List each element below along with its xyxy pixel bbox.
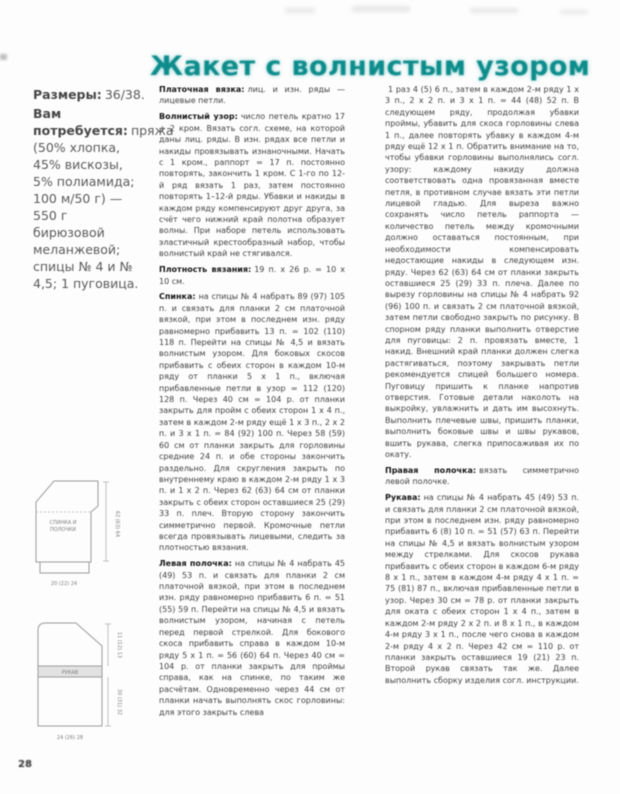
paragraph-lead: Плотность вязания: — [159, 265, 251, 274]
sidebar-paragraph: Вам потребуется:пряжа (50% хлопка, 45% в… — [33, 105, 139, 292]
paragraph-text: пряжа (50% хлопка, 45% вискозы, 5% полиа… — [33, 123, 174, 291]
paragraph-lead: Платочная вязка: — [159, 85, 245, 94]
paragraph-lead: Размеры: — [33, 87, 102, 102]
paragraph-lead: Правая полочка: — [385, 466, 476, 475]
paragraph-text: на спицы № 4 набрать 45 (49) 53 п. и свя… — [385, 493, 579, 685]
instruction-paragraph: Правая полочка:вязать симметрично левой … — [385, 465, 579, 488]
schematic-part-label: СПИНКА И — [49, 520, 76, 526]
instruction-paragraph: Левая полочка:на спицы № 4 набрать 45 (4… — [159, 558, 345, 718]
paragraph-text: на спицы № 4 набрать 89 (97) 105 п. и св… — [159, 292, 345, 552]
instructions-column-middle: Платочная вязка:лиц. и изн. ряды — лицев… — [159, 84, 345, 722]
schematic-body-drawing: СПИНКА И ПОЛОЧКИ 20 (22) 24 62 (63) 64 — [20, 472, 142, 592]
page-title: Жакет с волнистым узором — [150, 51, 586, 83]
paragraph-lead: Волнистый узор: — [159, 112, 238, 121]
schematic-cap-height-label: 11 (12) 13 — [116, 632, 122, 658]
schematic-length-label: 30 (31) 32 — [116, 689, 122, 715]
sidebar-paragraph: Размеры:36/38. — [33, 86, 139, 103]
instruction-paragraph: Рукава:на спицы № 4 набрать 45 (49) 53 п… — [385, 492, 579, 686]
scan-artifact — [470, 8, 518, 13]
schematic-part-label: ПОЛОЧКИ — [50, 527, 76, 533]
paragraph-text: число петель кратно 17 + 2 кром. Вязать … — [159, 112, 345, 258]
paragraph-lead: Рукава: — [385, 493, 421, 502]
scan-artifact — [285, 8, 315, 13]
schematic-part-label: РУКАВ — [62, 670, 79, 676]
schematic-body-piece: СПИНКА И ПОЛОЧКИ 20 (22) 24 62 (63) 64 — [20, 472, 142, 596]
magazine-page: Жакет с волнистым узором Размеры:36/38. … — [0, 0, 620, 794]
schematic-sleeve-drawing: РУКАВ 11 (12) 13 30 (31) 32 24 (26) 28 — [20, 614, 142, 748]
instruction-paragraph: Волнистый узор:число петель кратно 17 + … — [159, 111, 345, 259]
materials-sidebar: Размеры:36/38. Вам потребуется:пряжа (50… — [33, 86, 139, 294]
instruction-paragraph: Спинка:на спицы № 4 набрать 89 (97) 105 … — [159, 291, 345, 553]
paragraph-text: 1 раз 4 (5) 6 п., затем в каждом 2-м ряд… — [385, 85, 579, 459]
schematic-sleeve-piece: РУКАВ 11 (12) 13 30 (31) 32 24 (26) 28 — [20, 614, 142, 752]
instruction-paragraph: Плотность вязания:19 п. х 26 р. = 10 х 1… — [159, 264, 345, 287]
paragraph-lead: Левая полочка: — [159, 559, 232, 568]
paragraph-lead: Вам потребуется: — [33, 106, 128, 138]
scan-artifact — [0, 54, 7, 60]
scan-artifact — [560, 10, 588, 14]
instructions-column-right: 1 раз 4 (5) 6 п., затем в каждом 2-м ряд… — [385, 84, 579, 691]
scan-artifact — [352, 6, 410, 12]
paragraph-text: 36/38. — [105, 87, 145, 102]
instruction-paragraph: Платочная вязка:лиц. и изн. ряды — лицев… — [159, 84, 345, 107]
schematic-height-label: 62 (63) 64 — [114, 511, 120, 537]
paragraph-text: на спицы № 4 набрать 45 (49) 53 п. и свя… — [159, 559, 345, 716]
paragraph-lead: Спинка: — [159, 292, 196, 301]
page-number: 28 — [18, 759, 32, 770]
schematic-width-label: 20 (22) 24 — [51, 581, 77, 587]
instruction-paragraph: 1 раз 4 (5) 6 п., затем в каждом 2-м ряд… — [385, 84, 579, 460]
schematic-width-label: 24 (26) 28 — [57, 735, 83, 741]
